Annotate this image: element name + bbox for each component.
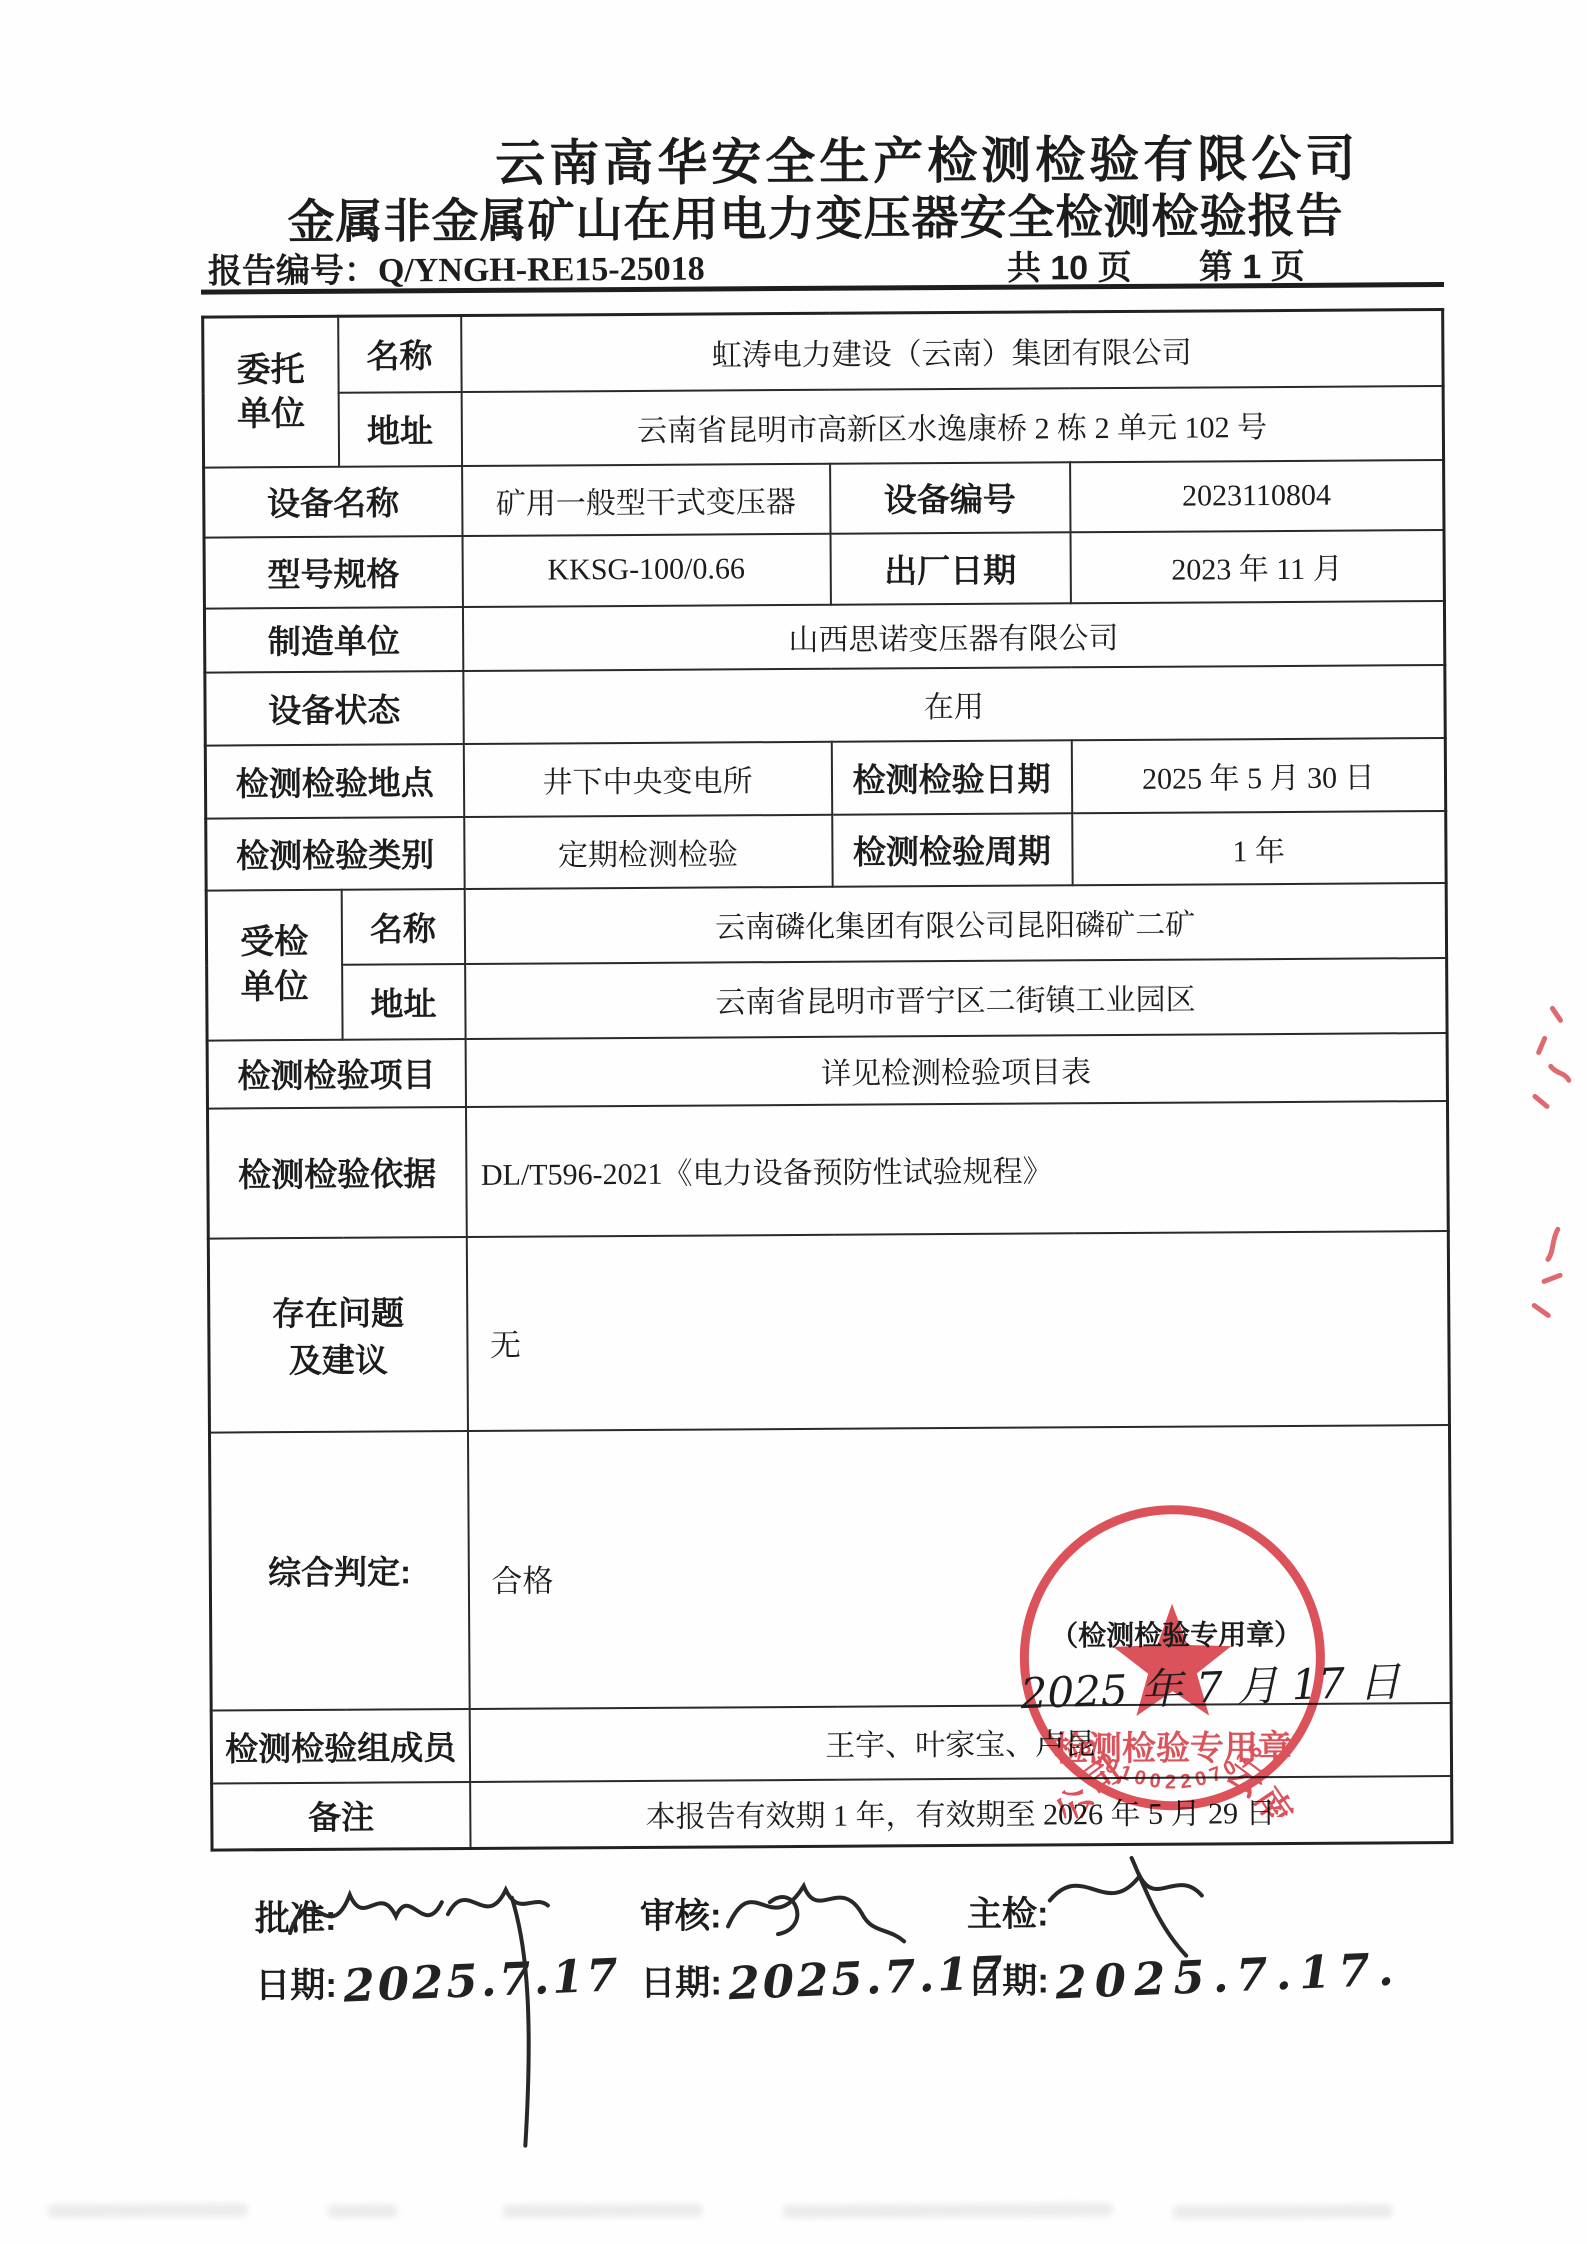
items-value: 详见检测检验项目表 <box>465 1033 1447 1107</box>
device-name-value: 矿用一般型干式变压器 <box>462 463 830 535</box>
table-row: 委托单位 名称 虹涛电力建设（云南）集团有限公司 <box>203 310 1443 394</box>
total-pages: 共 10 页 <box>1007 240 1132 290</box>
subject-group-cell: 受检单位 <box>206 889 342 1040</box>
cycle-label: 检测检验周期 <box>832 813 1072 886</box>
device-name-label: 设备名称 <box>204 466 462 538</box>
chief-signature <box>1035 1829 1236 1970</box>
factory-date-label: 出厂日期 <box>830 532 1070 604</box>
table-row: 检测检验地点 井下中央变电所 检测检验日期 2025 年 5 月 30 日 <box>205 738 1445 819</box>
page-bleed-ghost <box>783 2203 1113 2218</box>
table-row: 地址 云南省昆明市高新区水逸康桥 2 栋 2 单元 102 号 <box>203 386 1443 468</box>
stamp-bleed-mark <box>1524 1223 1585 1323</box>
model-value: KKSG-100/0.66 <box>462 533 830 606</box>
report-number-line: 报告编号：Q/YNGH-RE15-25018 共 10 页 第 1 页 <box>204 236 1444 288</box>
cycle-value: 1 年 <box>1072 811 1446 885</box>
category-label: 检测检验类别 <box>206 817 464 891</box>
review-date-label: 日期: <box>640 1963 722 2002</box>
items-label: 检测检验项目 <box>207 1039 465 1109</box>
team-label: 检测检验组成员 <box>211 1708 469 1783</box>
stamp-bleed-mark <box>1522 1000 1583 1120</box>
table-row: 检测检验依据 DL/T596-2021《电力设备预防性试验规程》 <box>208 1101 1449 1239</box>
page-bleed-ghost <box>503 2204 703 2218</box>
review-label: 审核: <box>640 1888 722 1938</box>
basis-value: DL/T596-2021《电力设备预防性试验规程》 <box>465 1101 1448 1237</box>
seal-handwritten-date: 2025 年 7 月 17 日 <box>1020 1650 1362 1721</box>
basis-label: 检测检验依据 <box>208 1107 467 1239</box>
client-name-label: 名称 <box>338 316 461 393</box>
insp-date-value: 2025 年 5 月 30 日 <box>1071 738 1445 813</box>
current-page: 第 1 页 <box>1199 239 1305 289</box>
subject-name-label: 名称 <box>341 889 464 965</box>
page-bleed-ghost <box>328 2204 398 2217</box>
table-row: 检测检验项目 详见检测检验项目表 <box>207 1033 1447 1109</box>
location-value: 井下中央变电所 <box>463 741 831 816</box>
page-bleed-ghost <box>48 2203 248 2217</box>
subject-addr-value: 云南省昆明市晋宁区二街镇工业园区 <box>465 958 1447 1039</box>
verdict-label: 综合判定: <box>209 1431 469 1711</box>
insp-date-label: 检测检验日期 <box>831 740 1071 814</box>
report-number-label: 报告编号： <box>208 252 378 291</box>
table-row: 检测检验类别 定期检测检验 检测检验周期 1 年 <box>206 811 1446 891</box>
model-label: 型号规格 <box>204 536 462 609</box>
location-label: 检测检验地点 <box>205 744 463 819</box>
scanned-report-page: 云南高华安全生产检测检验有限公司 金属非金属矿山在用电力变压器安全检测检验报告 … <box>0 0 1587 2244</box>
remark-label: 备注 <box>212 1781 470 1850</box>
table-row: 型号规格 KKSG-100/0.66 出厂日期 2023 年 11 月 <box>204 530 1444 609</box>
client-addr-label: 地址 <box>338 392 461 467</box>
category-value: 定期检测检验 <box>464 814 832 888</box>
client-group-cell: 委托单位 <box>203 316 339 467</box>
problems-value: 无 <box>466 1231 1449 1431</box>
report-number: 报告编号：Q/YNGH-RE15-25018 <box>208 241 705 293</box>
seal-overlay-note: （检测检验专用章） <box>1022 1613 1330 1655</box>
device-no-value: 2023110804 <box>1070 460 1444 532</box>
approve-signature <box>276 1853 588 2155</box>
status-value: 在用 <box>463 665 1445 744</box>
report-number-value: Q/YNGH-RE15-25018 <box>378 251 705 290</box>
subject-addr-label: 地址 <box>342 964 465 1040</box>
review-signature <box>711 1841 922 1992</box>
factory-date-value: 2023 年 11 月 <box>1070 530 1444 603</box>
problems-label: 存在问题 及建议 <box>208 1237 467 1433</box>
table-row: 受检单位 名称 云南磷化集团有限公司昆阳磷矿二矿 <box>206 883 1446 966</box>
client-addr-value: 云南省昆明市高新区水逸康桥 2 栋 2 单元 102 号 <box>461 386 1443 466</box>
device-no-label: 设备编号 <box>830 462 1070 533</box>
manufacturer-label: 制造单位 <box>204 607 462 673</box>
page-bleed-ghost <box>1173 2204 1393 2218</box>
table-row: 制造单位 山西思诺变压器有限公司 <box>204 601 1444 673</box>
client-name-value: 虹涛电力建设（云南）集团有限公司 <box>461 310 1443 392</box>
status-label: 设备状态 <box>205 671 463 746</box>
table-row: 设备名称 矿用一般型干式变压器 设备编号 2023110804 <box>204 460 1444 538</box>
table-row: 地址 云南省昆明市晋宁区二街镇工业园区 <box>207 958 1447 1041</box>
table-row: 存在问题 及建议 无 <box>208 1231 1449 1433</box>
report-sheet: 云南高华安全生产检测检验有限公司 金属非金属矿山在用电力变压器安全检测检验报告 … <box>0 0 1587 2244</box>
manufacturer-value: 山西思诺变压器有限公司 <box>462 601 1444 671</box>
subject-name-value: 云南磷化集团有限公司昆阳磷矿二矿 <box>464 883 1446 964</box>
table-row: 设备状态 在用 <box>205 665 1445 746</box>
